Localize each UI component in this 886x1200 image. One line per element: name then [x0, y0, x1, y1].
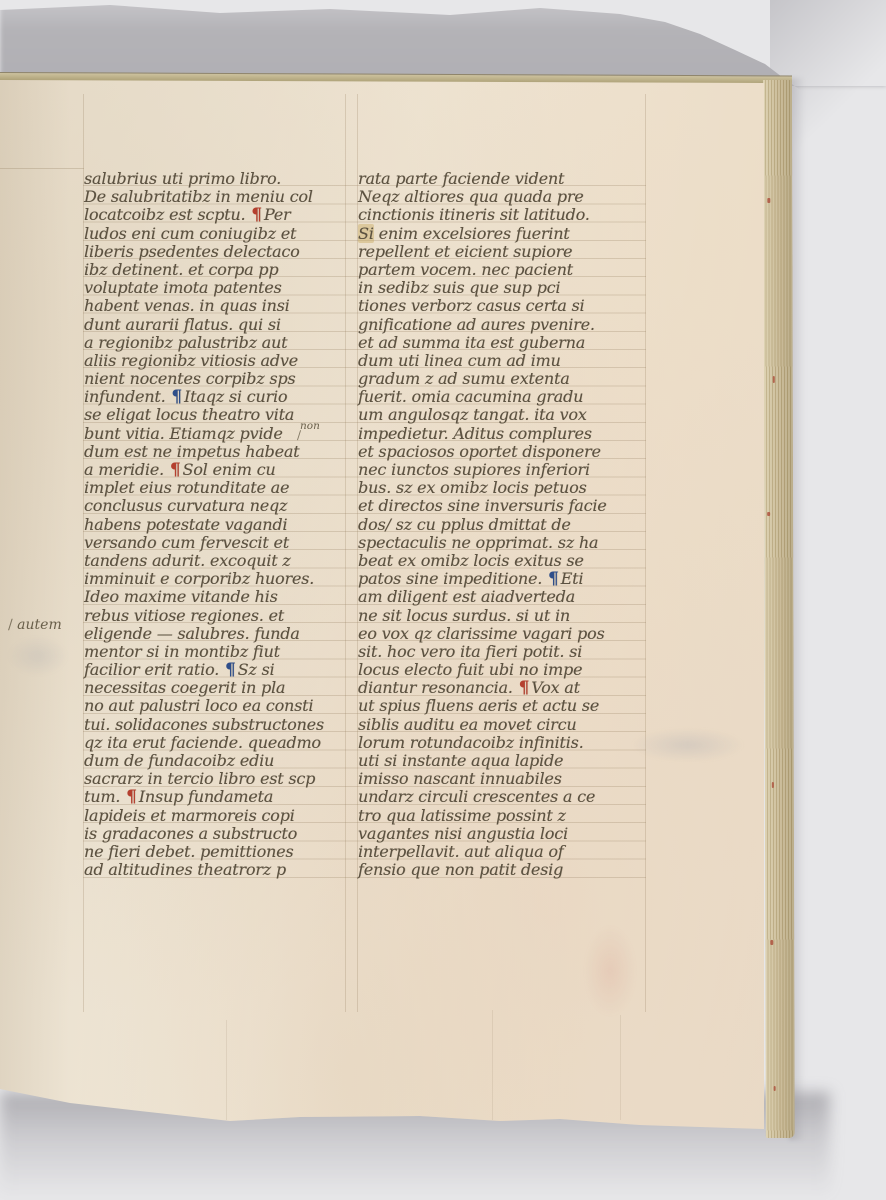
text-segment: partem vocem. nec pacient [358, 260, 573, 279]
text-segment: Itaqz si curio [184, 387, 287, 406]
text-segment: Neqz altiores qua quada pre [358, 187, 584, 206]
text-segment: is gradacones a substructo [84, 824, 297, 843]
text-segment: repellent et eicient supiore [358, 242, 572, 261]
text-line: habent venas. in quas insi [84, 297, 346, 315]
text-line: et directos sine inversuris facie [358, 497, 648, 515]
text-line: sit. hoc vero ita fieri potit. si [358, 643, 648, 661]
pilcrow-red: ¶ [518, 678, 532, 698]
text-line: beat ex omibz locis exitus se [358, 552, 648, 570]
text-segment: aliis regionibz vitiosis adve [84, 351, 298, 370]
text-segment: eo vox qz clarissime vagari pos [358, 624, 604, 643]
text-segment: De salubritatibz in meniu col [84, 187, 313, 206]
text-line: in sedibz suis que sup pci [358, 279, 648, 297]
top-ruling-extension [0, 168, 84, 169]
text-segment: patos sine impeditione. [358, 569, 547, 588]
text-line: locatcoibz est scptu. ¶Per [84, 206, 346, 224]
text-line: patos sine impeditione. ¶Eti [358, 570, 648, 588]
text-segment: dum de fundacoibz ediu [84, 751, 274, 770]
text-segment: beat ex omibz locis exitus se [358, 551, 584, 570]
edge-stain [774, 1086, 776, 1091]
text-line: De salubritatibz in meniu col [84, 188, 346, 206]
text-segment: habent venas. in quas insi [84, 296, 290, 315]
text-segment: qz ita erut faciende. queadmo [84, 733, 321, 752]
text-line: ibz detinent. et corpa pp [84, 261, 346, 279]
text-line: a meridie. ¶Sol enim cu [84, 461, 346, 479]
text-segment: ludos eni cum coniugibz et [84, 224, 296, 243]
text-line: locus electo fuit ubi no impe [358, 661, 648, 679]
text-segment: um angulosqz tangat. ita vox [358, 405, 587, 424]
text-line: ne fieri debet. pemittiones [84, 843, 346, 861]
text-segment: spectaculis ne opprimat. sz ha [358, 533, 598, 552]
text-line: Neqz altiores qua quada pre [358, 188, 648, 206]
text-line: ne sit locus surdus. si ut in [358, 607, 648, 625]
text-line: um angulosqz tangat. ita vox [358, 406, 648, 424]
text-segment: diantur resonancia. [358, 678, 518, 697]
text-segment: habens potestate vagandi [84, 515, 287, 534]
text-line: mentor si in montibz fiut [84, 643, 346, 661]
text-segment: locatcoibz est scptu. [84, 205, 250, 224]
red-ink-show-through [584, 925, 636, 1017]
text-line: undarz circuli crescentes a ce [358, 788, 648, 806]
text-line: ad altitudines theatrorz p [84, 861, 346, 879]
text-segment: Vox at [531, 678, 580, 697]
text-segment: imisso nascant innuabiles [358, 769, 562, 788]
text-line: voluptate imota patentes [84, 279, 346, 297]
text-segment: bus. sz ex omibz locis petuos [358, 478, 587, 497]
parchment-crease [226, 1020, 227, 1120]
text-line: tiones verborz casus certa si [358, 297, 648, 315]
text-line: habens potestate vagandi [84, 516, 346, 534]
text-line: conclusus curvatura neqz [84, 497, 346, 515]
insertion-caret: ∕ [8, 617, 13, 633]
parchment-crease [492, 1010, 493, 1120]
text-line: fuerit. omia cacumina gradu [358, 388, 648, 406]
text-segment: ut spius fluens aeris et actu se [358, 696, 599, 715]
text-segment: a regionibz palustribz aut [84, 333, 287, 352]
text-segment: implet eius rotunditate ae [84, 478, 289, 497]
text-line: ut spius fluens aeris et actu se [358, 697, 648, 715]
text-segment: dum uti linea cum ad imu [358, 351, 561, 370]
text-line: implet eius rotunditate ae [84, 479, 346, 497]
text-segment: sacrarz in tercio libro est scp [84, 769, 315, 788]
text-segment: gnificatione ad aures pvenire. [358, 315, 595, 334]
text-segment: eligende — salubres. funda [84, 624, 300, 643]
text-segment: tandens adurit. excoquit z [84, 551, 291, 570]
text-line: aliis regionibz vitiosis adve [84, 352, 346, 370]
text-segment: ne fieri debet. pemittiones [84, 842, 293, 861]
text-line: dos/ sz cu pplus dmittat de [358, 516, 648, 534]
text-segment: impedietur. Aditus complures [358, 424, 592, 443]
text-segment: imminuit e corporibz huores. [84, 569, 314, 588]
text-line: et ad summa ita est guberna [358, 334, 648, 352]
text-line: tandens adurit. excoquit z [84, 552, 346, 570]
text-segment: lapideis et marmoreis copi [84, 806, 295, 825]
text-line: dum est ne impetus habeat [84, 443, 346, 461]
text-line: qz ita erut faciende. queadmo [84, 734, 346, 752]
left-text-column: salubrius uti primo libro.De salubritati… [84, 170, 346, 879]
text-line: spectaculis ne opprimat. sz ha [358, 534, 648, 552]
pilcrow-red: ¶ [169, 460, 183, 480]
text-segment: Ideo maxime vitande his [84, 587, 278, 606]
text-segment: Per [264, 205, 291, 224]
text-segment: ne sit locus surdus. si ut in [358, 606, 570, 625]
text-segment: interpellavit. aut aliqua of [358, 842, 563, 861]
text-line: rata parte faciende vident [358, 170, 648, 188]
text-line: dum de fundacoibz ediu [84, 752, 346, 770]
text-segment: bunt vitia. Etiamqz pvide [84, 424, 283, 443]
text-line: ludos eni cum coniugibz et [84, 225, 346, 243]
text-segment: et ad summa ita est guberna [358, 333, 585, 352]
text-line: partem vocem. nec pacient [358, 261, 648, 279]
edge-stain [773, 376, 775, 383]
text-segment: cinctionis itineris sit latitudo. [358, 205, 590, 224]
text-line: lapideis et marmoreis copi [84, 807, 346, 825]
manuscript-book: salubrius uti primo libro.De salubritati… [0, 72, 792, 1150]
text-segment: et spaciosos oportet disponere [358, 442, 601, 461]
manuscript-page: salubrius uti primo libro.De salubritati… [0, 80, 764, 1132]
text-line: Ideo maxime vitande his [84, 588, 346, 606]
text-segment: uti si instante aqua lapide [358, 751, 563, 770]
text-line: rebus vitiose regiones. et [84, 607, 346, 625]
text-segment: gradum z ad sumu extenta [358, 369, 570, 388]
text-segment: locus electo fuit ubi no impe [358, 660, 582, 679]
text-segment: liberis psedentes delectaco [84, 242, 300, 261]
gutter-note-non: non∕ [300, 421, 320, 440]
text-line: eo vox qz clarissime vagari pos [358, 625, 648, 643]
text-line: nec iunctos supiores inferiori [358, 461, 648, 479]
text-segment: enim excelsiores fuerint [374, 224, 570, 243]
text-line: et spaciosos oportet disponere [358, 443, 648, 461]
right-text-column: rata parte faciende videntNeqz altiores … [358, 170, 648, 879]
edge-stain [772, 782, 774, 788]
text-line: nient nocentes corpibz sps [84, 370, 346, 388]
text-line: gnificatione ad aures pvenire. [358, 316, 648, 334]
text-segment: rebus vitiose regiones. et [84, 606, 284, 625]
text-segment: conclusus curvatura neqz [84, 496, 287, 515]
insertion-caret: ∕ [297, 430, 320, 440]
text-line: tui. solidacones substructones [84, 716, 346, 734]
text-line: versando cum fervescit et [84, 534, 346, 552]
text-segment: sit. hoc vero ita fieri potit. si [358, 642, 582, 661]
text-line: cinctionis itineris sit latitudo. [358, 206, 648, 224]
pilcrow-red: ¶ [125, 787, 139, 807]
highlighted-initial: Si [358, 224, 374, 243]
text-line: is gradacones a substructo [84, 825, 346, 843]
text-segment: am diligent est aiadverteda [358, 587, 575, 606]
text-segment: Eti [561, 569, 584, 588]
text-line: siblis auditu ea movet circu [358, 716, 648, 734]
text-segment: dunt aurarii flatus. qui si [84, 315, 281, 334]
text-line: Si enim excelsiores fuerint [358, 225, 648, 243]
text-segment: tui. solidacones substructones [84, 715, 324, 734]
text-segment: salubrius uti primo libro. [84, 169, 281, 188]
marginal-note-text: autem [17, 617, 62, 633]
pilcrow-blue: ¶ [547, 569, 561, 589]
text-line: eligende — salubres. funda [84, 625, 346, 643]
text-segment: versando cum fervescit et [84, 533, 289, 552]
text-segment: et directos sine inversuris facie [358, 496, 607, 515]
text-segment: necessitas coegerit in pla [84, 678, 285, 697]
text-line: bus. sz ex omibz locis petuos [358, 479, 648, 497]
text-line: facilior erit ratio. ¶Sz si [84, 661, 346, 679]
text-line: lorum rotundacoibz infinitis. [358, 734, 648, 752]
text-segment: fuerit. omia cacumina gradu [358, 387, 583, 406]
text-segment: ad altitudines theatrorz p [84, 860, 286, 879]
text-segment: tro qua latissime possint z [358, 806, 566, 825]
text-segment: nec iunctos supiores inferiori [358, 460, 590, 479]
text-segment: rata parte faciende vident [358, 169, 564, 188]
edge-stain [767, 198, 770, 203]
text-segment: dos/ sz cu pplus dmittat de [358, 515, 571, 534]
text-line: liberis psedentes delectaco [84, 243, 346, 261]
text-line: impedietur. Aditus complures [358, 425, 648, 443]
text-segment: vagantes nisi angustia loci [358, 824, 568, 843]
parchment-crease [620, 1015, 621, 1120]
text-segment: voluptate imota patentes [84, 278, 282, 297]
text-segment: tum. [84, 787, 125, 806]
text-segment: facilior erit ratio. [84, 660, 224, 679]
text-segment: no aut palustri loco ea consti [84, 696, 313, 715]
text-line: tro qua latissime possint z [358, 807, 648, 825]
text-segment: nient nocentes corpibz sps [84, 369, 295, 388]
text-segment: infundent. [84, 387, 170, 406]
book-fore-edge [763, 80, 795, 1138]
text-segment: mentor si in montibz fiut [84, 642, 280, 661]
text-line: uti si instante aqua lapide [358, 752, 648, 770]
text-line: interpellavit. aut aliqua of [358, 843, 648, 861]
text-segment: siblis auditu ea movet circu [358, 715, 576, 734]
text-line: necessitas coegerit in pla [84, 679, 346, 697]
text-segment: ibz detinent. et corpa pp [84, 260, 278, 279]
text-segment: dum est ne impetus habeat [84, 442, 299, 461]
text-line: tum. ¶Insup fundameta [84, 788, 346, 806]
text-segment: Insup fundameta [139, 787, 273, 806]
text-segment: lorum rotundacoibz infinitis. [358, 733, 583, 752]
pilcrow-red: ¶ [250, 205, 264, 225]
text-line: gradum z ad sumu extenta [358, 370, 648, 388]
text-line: no aut palustri loco ea consti [84, 697, 346, 715]
text-segment: se eligat locus theatro vita [84, 405, 294, 424]
text-segment: Sz si [238, 660, 275, 679]
pilcrow-blue: ¶ [170, 387, 184, 407]
marginal-note-autem: ∕ autem [8, 617, 62, 633]
text-segment: fensio que non patit desig [358, 860, 563, 879]
text-line: dum uti linea cum ad imu [358, 352, 648, 370]
text-line: vagantes nisi angustia loci [358, 825, 648, 843]
text-line: repellent et eicient supiore [358, 243, 648, 261]
text-segment: in sedibz suis que sup pci [358, 278, 560, 297]
text-line: salubrius uti primo libro. [84, 170, 346, 188]
pilcrow-blue: ¶ [224, 660, 238, 680]
text-line: a regionibz palustribz aut [84, 334, 346, 352]
edge-stain [770, 940, 773, 945]
gutter-shading [0, 80, 70, 1132]
text-line: diantur resonancia. ¶Vox at [358, 679, 648, 697]
text-line: infundent. ¶Itaqz si curio [84, 388, 346, 406]
text-line: am diligent est aiadverteda [358, 588, 648, 606]
text-segment: Sol enim cu [182, 460, 275, 479]
text-line: imminuit e corporibz huores. [84, 570, 346, 588]
text-segment: tiones verborz casus certa si [358, 296, 584, 315]
text-segment: a meridie. [84, 460, 169, 479]
text-line: imisso nascant innuabiles [358, 770, 648, 788]
text-segment: undarz circuli crescentes a ce [358, 787, 595, 806]
text-line: sacrarz in tercio libro est scp [84, 770, 346, 788]
text-line: fensio que non patit desig [358, 861, 648, 879]
edge-stain [767, 512, 770, 516]
text-line: dunt aurarii flatus. qui si [84, 316, 346, 334]
